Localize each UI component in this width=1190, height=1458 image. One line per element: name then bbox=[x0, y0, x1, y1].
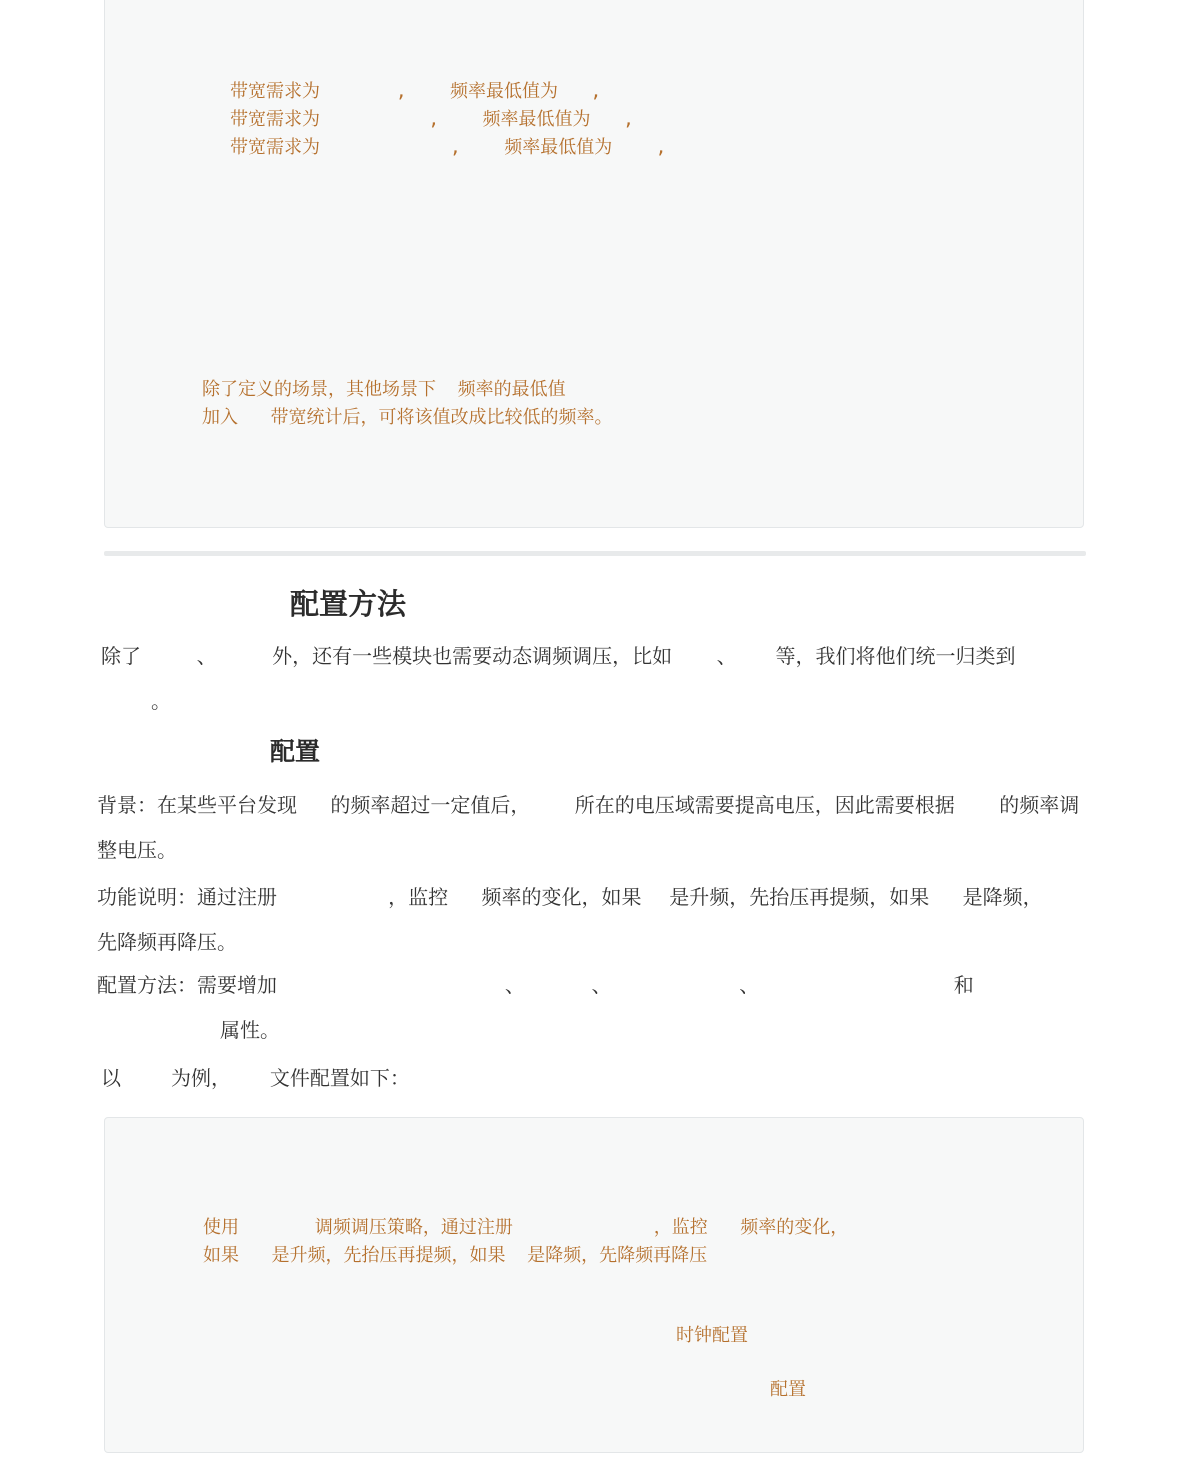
paragraph-line: 整电压。 bbox=[97, 838, 177, 864]
paragraph-line: 除了 、 外，还有一些模块也需要动态调频调压，比如 、 等，我们将他们统一归类到 bbox=[101, 644, 1015, 670]
code-block-bottom bbox=[104, 1117, 1084, 1453]
section-divider bbox=[104, 551, 1086, 556]
paragraph-line: 以 为例， 文件配置如下： bbox=[101, 1066, 410, 1092]
paragraph-line: 先降频再降压。 bbox=[97, 930, 237, 956]
paragraph-line: 功能说明：通过注册 ，监控 频率的变化，如果 是升频，先抬压再提频，如果 是降频… bbox=[97, 885, 1043, 911]
section-heading: 配置方法 bbox=[290, 582, 406, 623]
paragraph-line: 配置方法：需要增加 、 、 、 和 bbox=[97, 973, 974, 999]
paragraph-line: 。 bbox=[101, 689, 171, 715]
code-comment-line: 除了定义的场景，其他场景下 频率的最低值 bbox=[202, 378, 566, 402]
paragraph-line: 背景：在某些平台发现 的频率超过一定值后， 所在的电压域需要提高电压，因此需要根… bbox=[97, 793, 1079, 819]
document-page: 带宽需求为 , 频率最低值为 , 带宽需求为 , 频率最低值为 , 带宽需求为 … bbox=[0, 0, 1190, 1458]
code-comment-line: 使用 调频调压策略，通过注册 ，监控 频率的变化， bbox=[203, 1216, 848, 1240]
code-comment-line: 带宽需求为 , 频率最低值为 , bbox=[230, 108, 634, 132]
code-comment-line: 加入 带宽统计后，可将该值改成比较低的频率。 bbox=[202, 406, 613, 430]
paragraph-line: 属性。 bbox=[220, 1018, 280, 1044]
subsection-heading: 配置 bbox=[270, 732, 320, 768]
code-comment-line: 带宽需求为 , 频率最低值为 , bbox=[230, 136, 666, 160]
code-comment-line: 如果 是升频，先抬压再提频，如果 是降频，先降频再降压 bbox=[203, 1244, 707, 1268]
code-comment-line: 时钟配置 bbox=[676, 1324, 748, 1348]
code-comment-line: 带宽需求为 , 频率最低值为 , bbox=[230, 80, 601, 104]
code-comment-line: 配置 bbox=[770, 1378, 806, 1402]
